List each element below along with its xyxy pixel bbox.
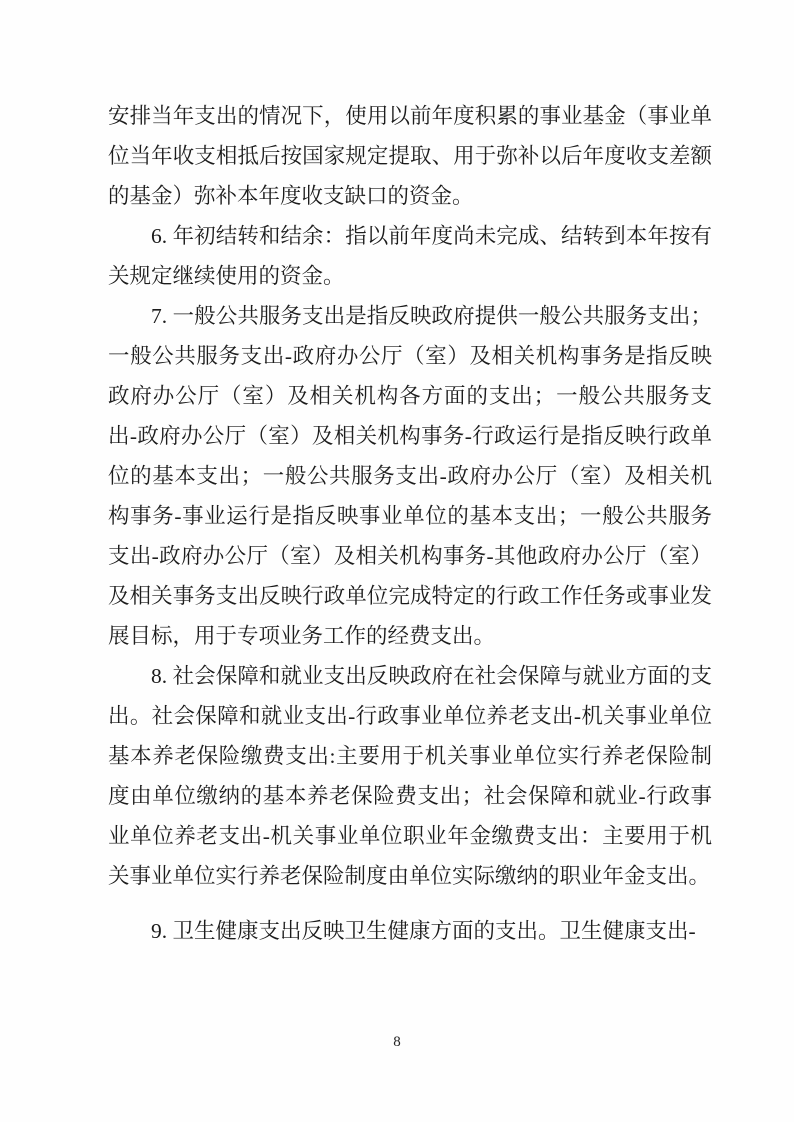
paragraph-item-8: 8. 社会保障和就业支出反映政府在社会保障与就业方面的支出。社会保障和就业支出-… xyxy=(108,656,712,896)
paragraph-item-7: 7. 一般公共服务支出是指反映政府提供一般公共服务支出；一般公共服务支出-政府办… xyxy=(108,296,712,656)
document-page: 安排当年支出的情况下，使用以前年度积累的事业基金（事业单位当年收支相抵后按国家规… xyxy=(0,0,794,1122)
paragraph-item-9: 9. 卫生健康支出反映卫生健康方面的支出。卫生健康支出- xyxy=(108,911,712,951)
document-body: 安排当年支出的情况下，使用以前年度积累的事业基金（事业单位当年收支相抵后按国家规… xyxy=(108,96,712,951)
page-number: 8 xyxy=(0,1032,794,1052)
paragraph-item-6: 6. 年初结转和结余：指以前年度尚未完成、结转到本年按有关规定继续使用的资金。 xyxy=(108,216,712,296)
paragraph-continuation: 安排当年支出的情况下，使用以前年度积累的事业基金（事业单位当年收支相抵后按国家规… xyxy=(108,96,712,216)
